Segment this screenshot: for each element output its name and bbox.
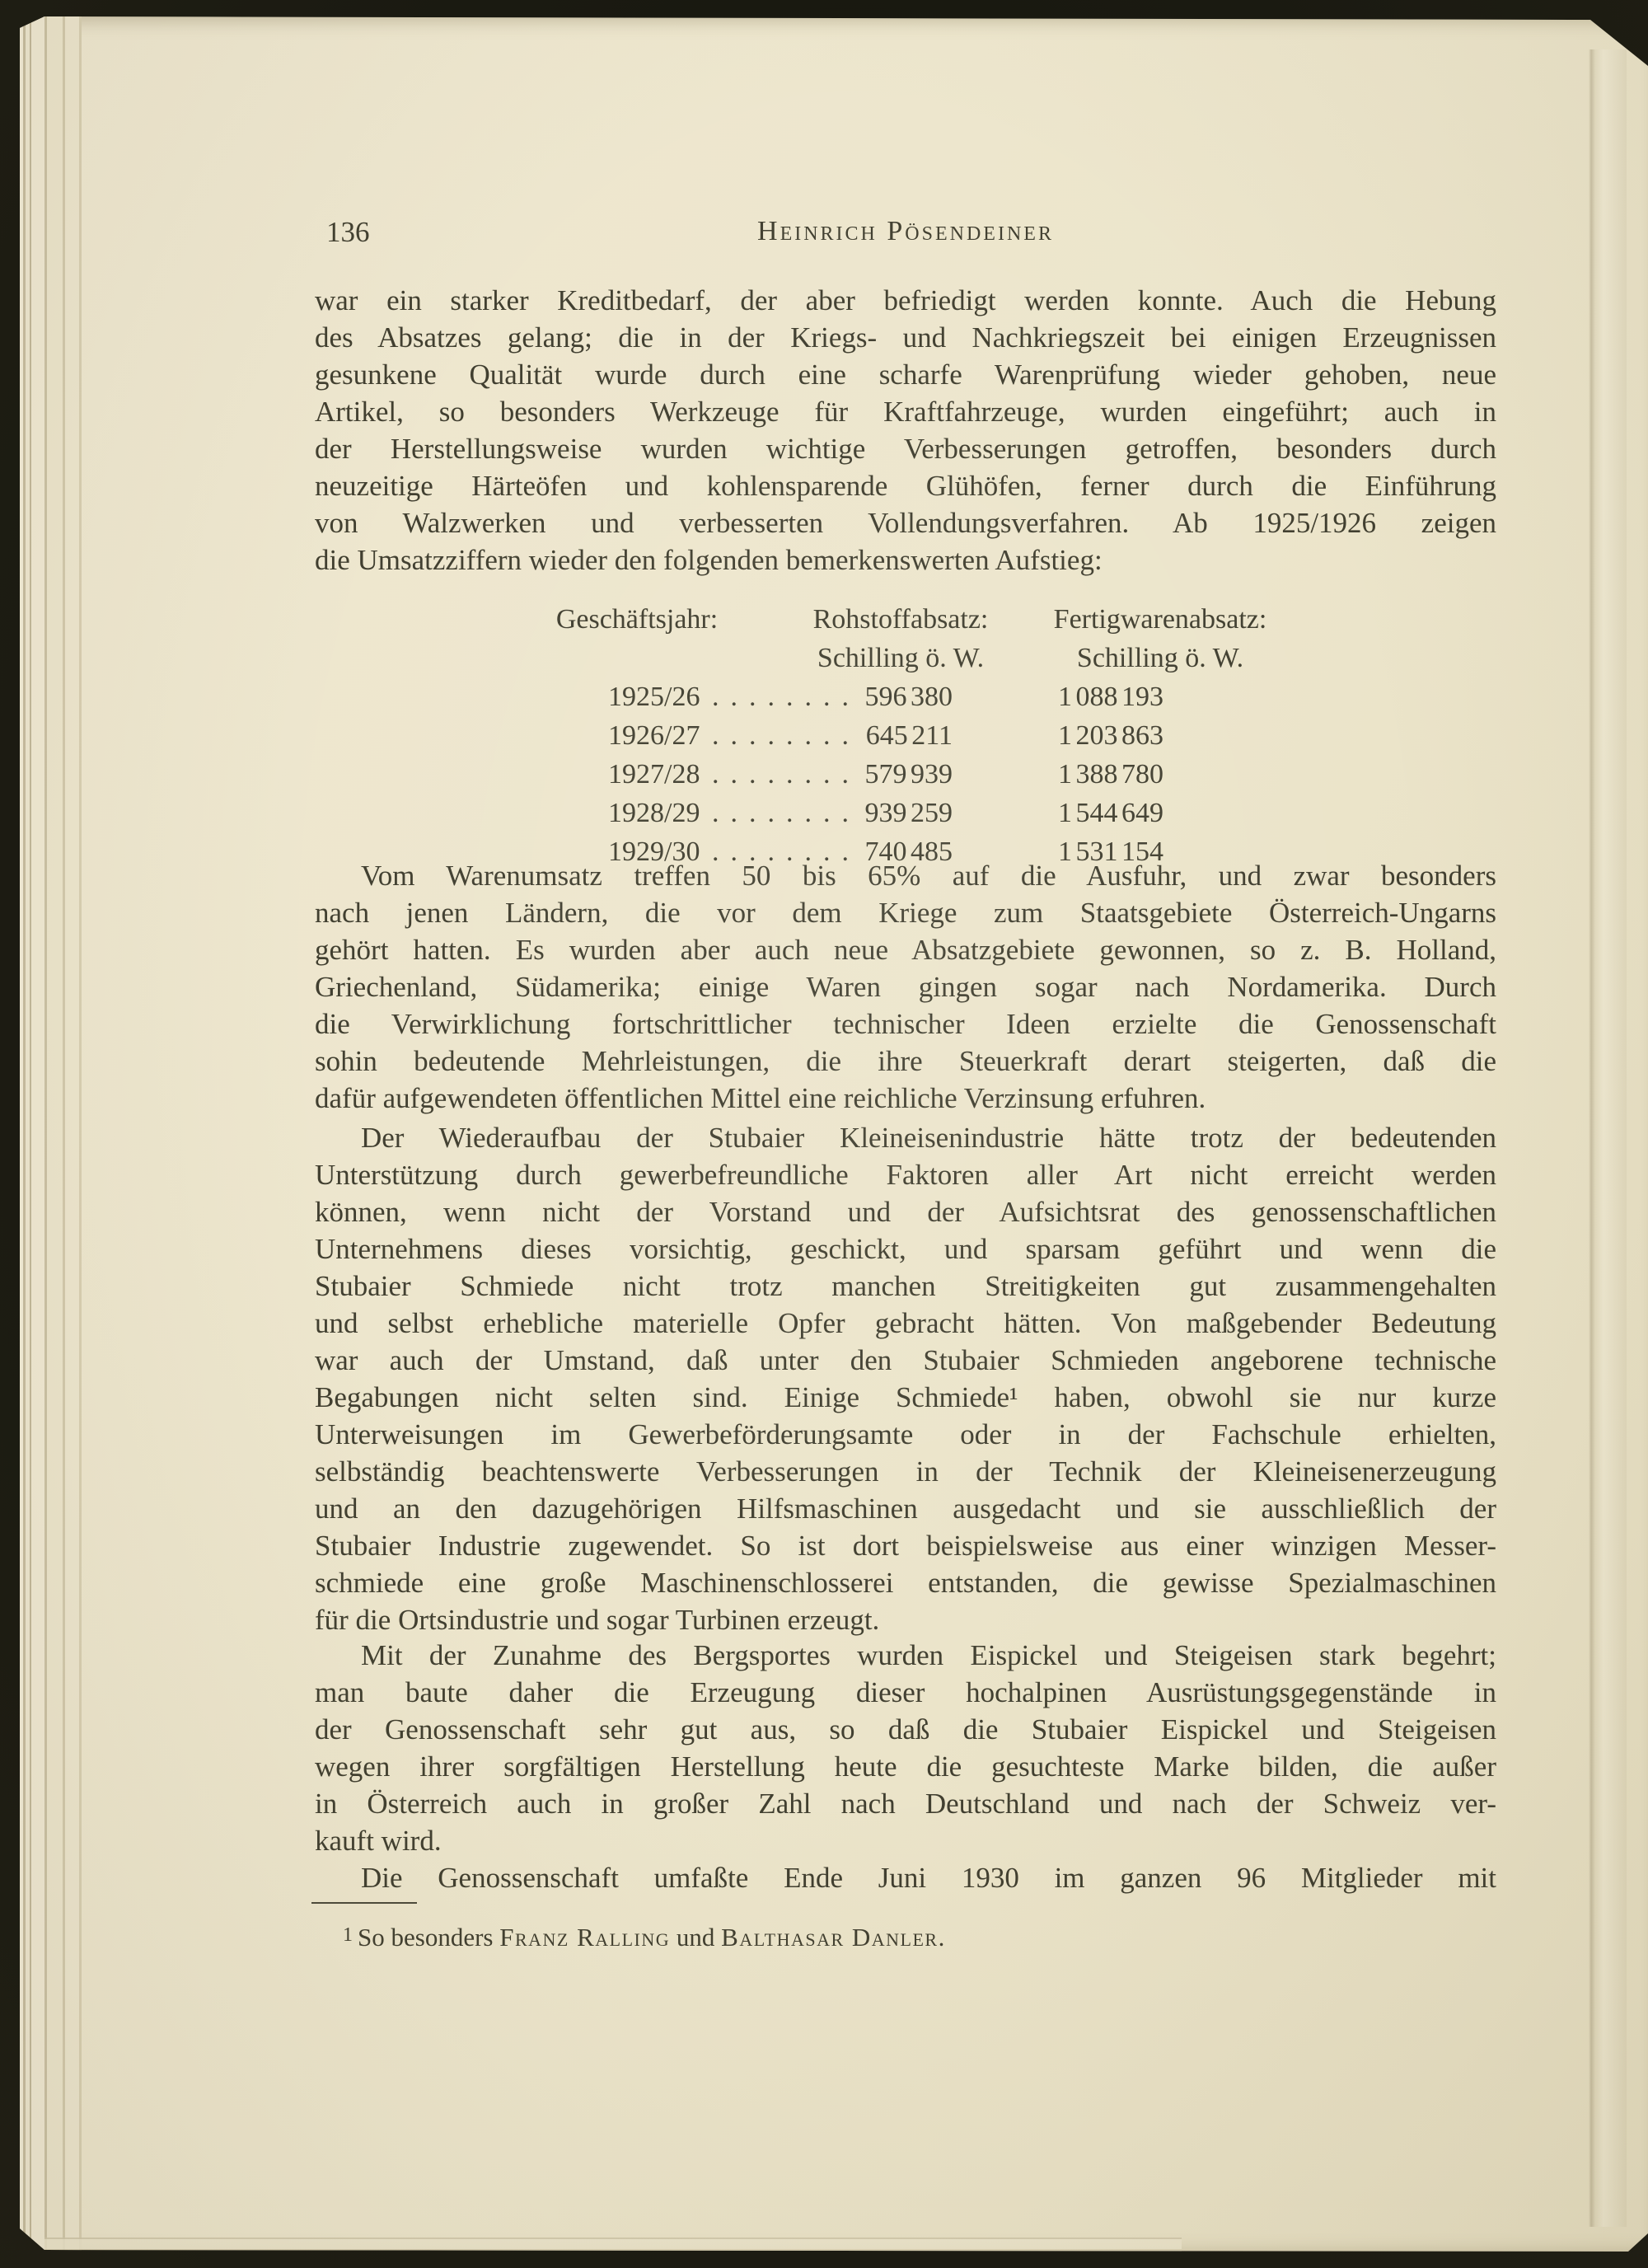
paragraph-3: Der Wiederaufbau der Stubaier Kleineisen… [315,1119,1496,1638]
table-row-spacer [509,794,608,832]
running-header: 136 Heinrich Pösendeiner [315,216,1496,252]
footnote: 1So besonders Franz Ralling und Balthasa… [315,1917,1524,1956]
paragraph-2: Vom Warenumsatz treffen 50 bis 65% auf d… [315,857,1496,1117]
table-row-spacer [509,755,608,794]
text-line: Der Wiederaufbau der Stubaier Kleineisen… [315,1119,1496,1156]
page-content: 136 Heinrich Pösendeiner war ein starker… [0,0,1648,2268]
text-line: wegen ihrer sorgfältigen Herstellung heu… [315,1748,1496,1785]
text-line: die Umsatzziffern wieder den folgenden b… [315,541,1496,579]
text-line: nach jenen Ländern, die vor dem Kriege z… [315,894,1496,931]
footnote-rule [311,1902,417,1904]
table-value-fertigwaren: 1 388 780 [1042,755,1163,794]
text-line: der Genossenschaft sehr gut aus, so daß … [315,1711,1496,1748]
footnote-conjunction: und [677,1923,715,1952]
text-line: Unterstützung durch gewerbefreundliche F… [315,1156,1496,1193]
table-col-rohstoffabsatz: Rohstoffabsatz: [765,600,1037,639]
paragraph-4: Mit der Zunahme des Bergsportes wurden E… [315,1637,1496,1859]
text-line: Die Genossenschaft umfaßte Ende Juni 193… [315,1859,1496,1896]
text-line: Griechenland, Südamerika; einige Waren g… [315,968,1496,1005]
text-line: war ein starker Kreditbedarf, der aber b… [315,282,1496,319]
table-row-spacer [509,716,608,755]
table-value-fertigwaren: 1 203 863 [1042,716,1163,755]
table-year: 1926/27 [608,716,707,755]
table-subheader-schilling-2: Schilling ö. W. [1037,639,1284,677]
running-header-author: Heinrich Pösendeiner [315,216,1496,247]
text-line: können, wenn nicht der Vorstand und der … [315,1193,1496,1230]
table-col-fertigwarenabsatz: Fertigwarenabsatz: [1037,600,1284,639]
table-value-rohstoff: 596 380 [855,677,953,716]
table-row-spacer [953,755,1042,794]
table-subheader-schilling-1: Schilling ö. W. [765,639,1037,677]
text-line: und an den dazugehörigen Hilfsmaschinen … [315,1490,1496,1527]
text-line: Vom Warenumsatz treffen 50 bis 65% auf d… [315,857,1496,894]
table-value-fertigwaren: 1 544 649 [1042,794,1163,832]
text-line: gesunkene Qualität wurde durch eine scha… [315,356,1496,393]
table-row: 1927/28 .......... 579 939 1 388 780 [509,755,1284,794]
text-line: Unternehmens dieses vorsichtig, geschick… [315,1230,1496,1268]
table-header-row: Geschäftsjahr: Rohstoffabsatz: Fertigwar… [509,600,1284,639]
footnote-text: So besonders [358,1923,493,1952]
table-row: 1928/29 .......... 939 259 1 544 649 [509,794,1284,832]
text-line: für die Ortsindustrie und sogar Turbinen… [315,1601,1496,1638]
footnote-marker: 1 [343,1924,353,1946]
text-line: kauft wird. [315,1822,1496,1859]
table-value-fertigwaren: 1 088 193 [1042,677,1163,716]
footnote-name-1: Franz Ralling [499,1923,670,1952]
paragraph-5: Die Genossenschaft umfaßte Ende Juni 193… [315,1859,1496,1896]
text-line: selbständig beachtenswerte Verbesserunge… [315,1453,1496,1490]
table-subheader-empty [509,639,765,677]
table-year: 1927/28 [608,755,707,794]
table-value-rohstoff: 645 211 [855,716,953,755]
text-line: Unterweisungen im Gewerbeförderungsamte … [315,1416,1496,1453]
leader-dots: .......... [707,794,855,832]
text-line: war auch der Umstand, daß unter den Stub… [315,1342,1496,1379]
table-col-geschaeftsjahr: Geschäftsjahr: [509,600,765,639]
text-line: Mit der Zunahme des Bergsportes wurden E… [315,1637,1496,1674]
text-line: Artikel, so besonders Werkzeuge für Kraf… [315,393,1496,430]
table-row: 1926/27 .......... 645 211 1 203 863 [509,716,1284,755]
text-line: in Österreich auch in großer Zahl nach D… [315,1785,1496,1822]
book-scan: 136 Heinrich Pösendeiner war ein starker… [0,0,1648,2268]
table-subheader-row: Schilling ö. W. Schilling ö. W. [509,639,1284,677]
table-row-spacer [953,716,1042,755]
table-row-spacer [953,794,1042,832]
table-value-rohstoff: 939 259 [855,794,953,832]
text-line: Stubaier Schmiede nicht trotz manchen St… [315,1268,1496,1305]
table-row-spacer [509,677,608,716]
text-line: schmiede eine große Maschinenschlosserei… [315,1564,1496,1601]
text-line: Stubaier Industrie zugewendet. So ist do… [315,1527,1496,1564]
text-line: sohin bedeutende Mehrleistungen, die ihr… [315,1043,1496,1080]
umsatz-table: Geschäftsjahr: Rohstoffabsatz: Fertigwar… [509,600,1284,871]
leader-dots: .......... [707,755,855,794]
footnote-name-2: Balthasar Danler [721,1923,938,1952]
leader-dots: .......... [707,716,855,755]
text-line: und selbst erhebliche materielle Opfer g… [315,1305,1496,1342]
leader-dots: .......... [707,677,855,716]
table-year: 1925/26 [608,677,707,716]
text-line: des Absatzes gelang; die in der Kriegs- … [315,319,1496,356]
paragraph-1: war ein starker Kreditbedarf, der aber b… [315,282,1496,579]
text-line: der Herstellungsweise wurden wichtige Ve… [315,430,1496,467]
text-line: Begabungen nicht selten sind. Einige Sch… [315,1379,1496,1416]
table-value-rohstoff: 579 939 [855,755,953,794]
table-row-spacer [953,677,1042,716]
table-year: 1928/29 [608,794,707,832]
text-line: man baute daher die Erzeugung dieser hoc… [315,1674,1496,1711]
footnote-period: . [939,1923,945,1952]
table-row: 1925/26 .......... 596 380 1 088 193 [509,677,1284,716]
text-line: dafür aufgewendeten öffentlichen Mittel … [315,1080,1496,1117]
text-line: gehört hatten. Es wurden aber auch neue … [315,931,1496,968]
text-line: von Walzwerken und verbesserten Vollendu… [315,504,1496,541]
text-line: die Verwirklichung fortschrittlicher tec… [315,1005,1496,1043]
text-line: neuzeitige Härteöfen und kohlensparende … [315,467,1496,504]
